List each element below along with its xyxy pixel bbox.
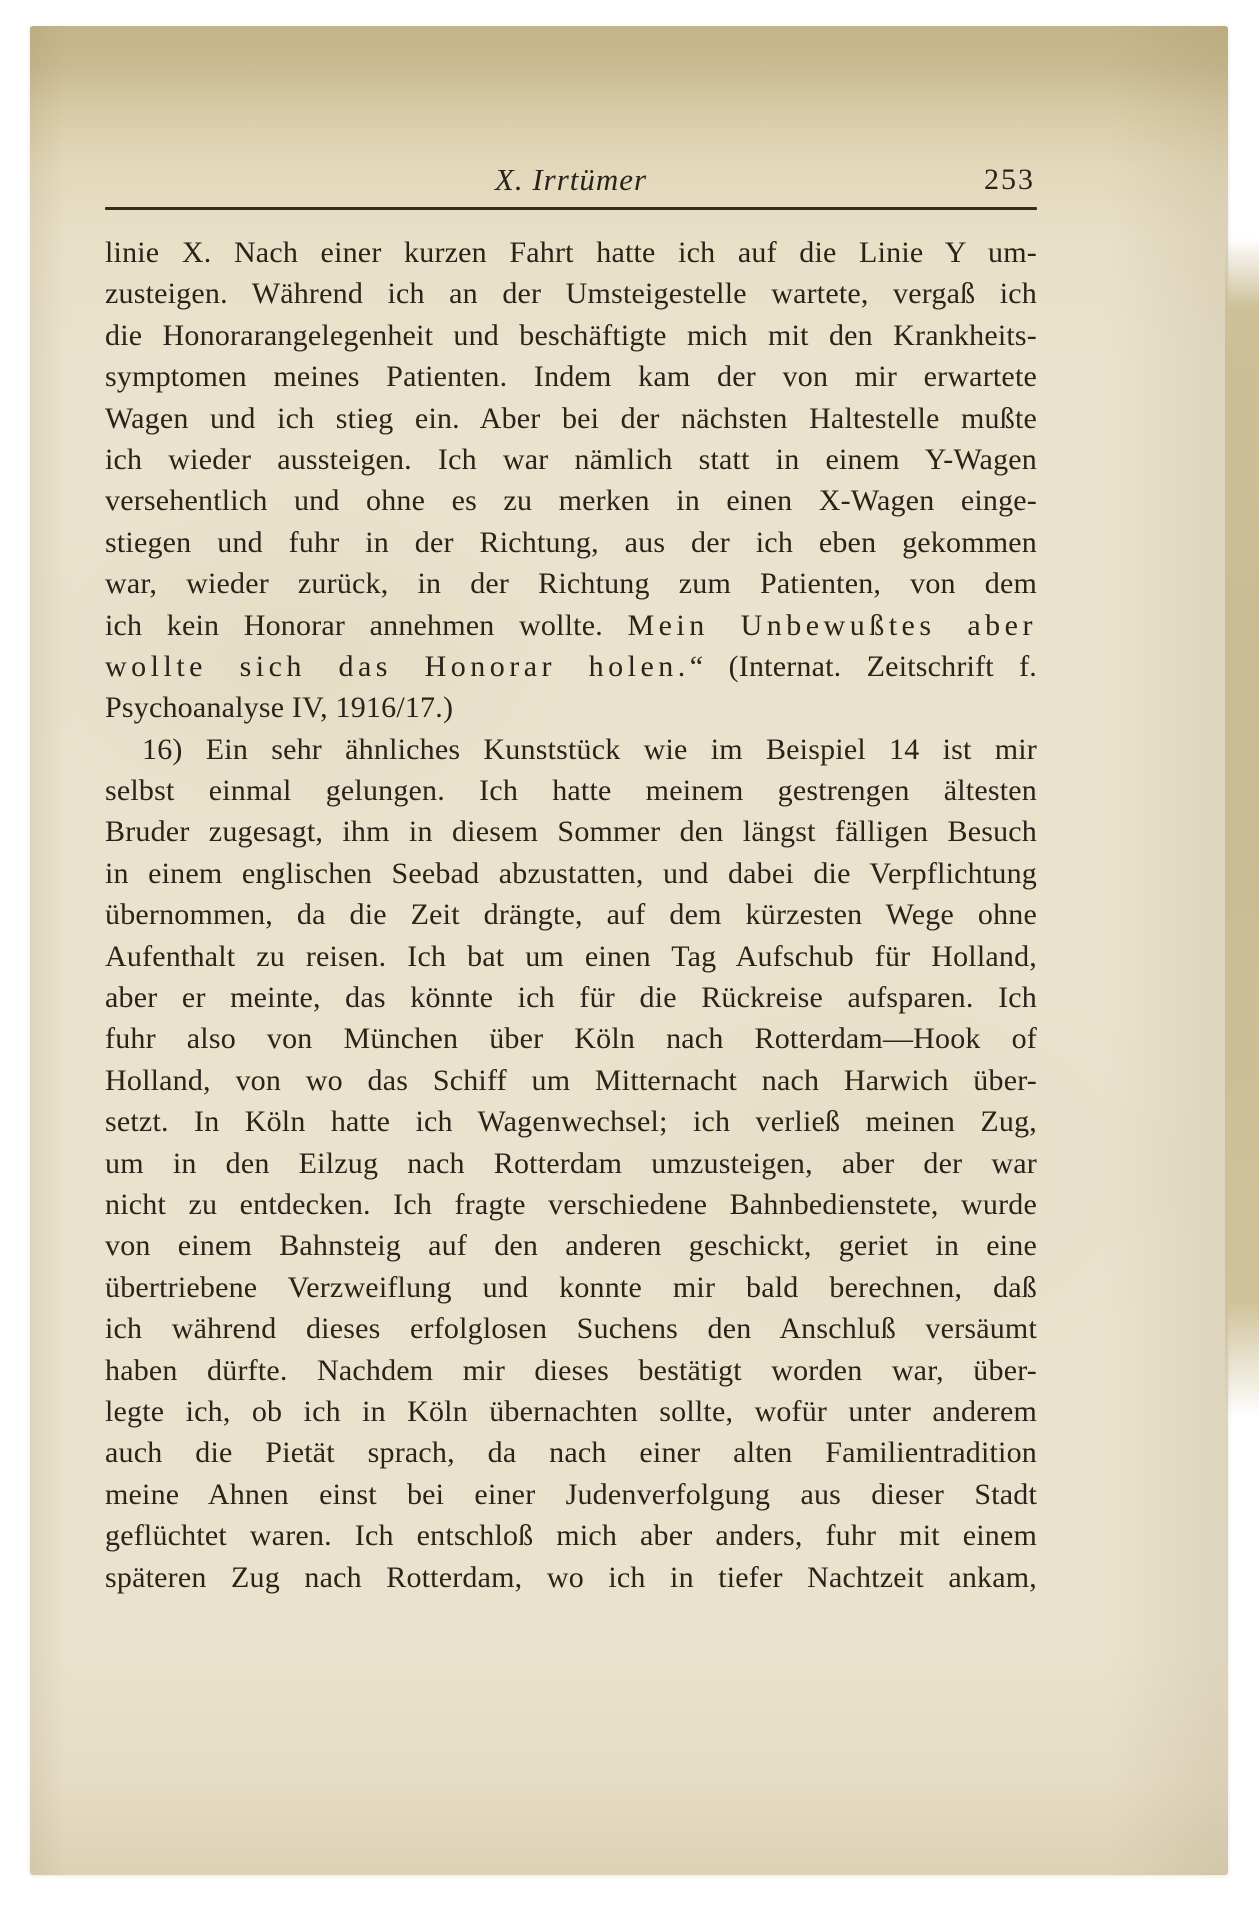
text-segment: in einem englischen Seebad abzustatten, … [105, 857, 1037, 890]
chapter-title: X. Irrtümer [105, 162, 1037, 198]
text-segment: von einem Bahnsteig auf den anderen gesc… [105, 1229, 1037, 1262]
text-segment: meine Ahnen einst bei einer Judenverfolg… [105, 1478, 1037, 1511]
text-segment: versehentlich und ohne es zu merken in e… [105, 484, 1037, 517]
text-line: übernommen, da die Zeit drängte, auf dem… [105, 894, 1037, 935]
text-line: zusteigen. Während ich an der Umsteigest… [105, 273, 1037, 314]
book-page-paper: X. Irrtümer 253 linie X. Nach einer kurz… [30, 26, 1228, 1875]
text-line: aber er meinte, das könnte ich für die R… [105, 977, 1037, 1018]
text-segment: 16) Ein sehr ähnliches Kunststück wie im… [142, 733, 1037, 766]
text-segment: legte ich, ob ich in Köln übernachten so… [105, 1395, 1037, 1428]
text-line: Wagen und ich stieg ein. Aber bei der nä… [105, 398, 1037, 439]
text-line: die Honorarangelegenheit und beschäftigt… [105, 315, 1037, 356]
text-line: symptomen meines Patienten. Indem kam de… [105, 356, 1037, 397]
text-segment: ich kein Honorar annehmen wollte. [105, 609, 627, 642]
text-line: Psychoanalyse IV, 1916/17.) [105, 687, 1037, 728]
text-line: stiegen und fuhr in der Richtung, aus de… [105, 522, 1037, 563]
text-segment: ich wieder aussteigen. Ich war nämlich s… [105, 443, 1037, 476]
text-line: geflüchtet waren. Ich entschloß mich abe… [105, 1515, 1037, 1556]
text-line: Holland, von wo das Schiff um Mitternach… [105, 1060, 1037, 1101]
text-segment: fuhr also von München über Köln nach Rot… [105, 1022, 1037, 1055]
emphasized-spaced-text: wollte sich das Honorar holen. [105, 650, 690, 683]
text-line: auch die Pietät sprach, da nach einer al… [105, 1432, 1037, 1473]
text-segment: zusteigen. Während ich an der Umsteigest… [105, 277, 1037, 310]
page-number: 253 [984, 163, 1035, 197]
book-fore-edge [1225, 238, 1259, 1418]
text-line: meine Ahnen einst bei einer Judenverfolg… [105, 1474, 1037, 1515]
text-line: von einem Bahnsteig auf den anderen gesc… [105, 1225, 1037, 1266]
text-line: haben dürfte. Nachdem mir dieses bestäti… [105, 1350, 1037, 1391]
text-segment: selbst einmal gelungen. Ich hatte meinem… [105, 774, 1037, 807]
text-segment: Holland, von wo das Schiff um Mitternach… [105, 1064, 1037, 1097]
text-segment: nicht zu entdecken. Ich fragte verschied… [105, 1188, 1037, 1221]
text-segment: die Honorarangelegenheit und beschäftigt… [105, 319, 1037, 352]
text-line: ich wieder aussteigen. Ich war nämlich s… [105, 439, 1037, 480]
text-segment: übertriebene Verzweiflung und konnte mir… [105, 1271, 1037, 1304]
text-segment: um in den Eilzug nach Rotterdam umzustei… [105, 1147, 1037, 1180]
scanned-document-page: { "document": { "header": { "chapter_tit… [0, 0, 1259, 1908]
text-segment: aber er meinte, das könnte ich für die R… [105, 981, 1037, 1014]
text-line: versehentlich und ohne es zu merken in e… [105, 480, 1037, 521]
text-segment: setzt. In Köln hatte ich Wagenwechsel; i… [105, 1105, 1037, 1138]
body-text: linie X. Nach einer kurzen Fahrt hatte i… [105, 232, 1037, 1598]
text-line: übertriebene Verzweiflung und konnte mir… [105, 1267, 1037, 1308]
text-line: 16) Ein sehr ähnliches Kunststück wie im… [105, 729, 1037, 770]
text-segment: “ (Internat. Zeitschrift f. [690, 650, 1037, 683]
text-line: späteren Zug nach Rotterdam, wo ich in t… [105, 1557, 1037, 1598]
text-line: ich während dieses erfolglosen Suchens d… [105, 1308, 1037, 1349]
text-line: ich kein Honorar annehmen wollte. Mein U… [105, 605, 1037, 646]
text-segment: ich während dieses erfolglosen Suchens d… [105, 1312, 1037, 1345]
text-line: Aufenthalt zu reisen. Ich bat um einen T… [105, 936, 1037, 977]
text-segment: späteren Zug nach Rotterdam, wo ich in t… [105, 1561, 1037, 1594]
text-line: nicht zu entdecken. Ich fragte verschied… [105, 1184, 1037, 1225]
text-line: legte ich, ob ich in Köln übernachten so… [105, 1391, 1037, 1432]
text-line: fuhr also von München über Köln nach Rot… [105, 1018, 1037, 1059]
text-line: linie X. Nach einer kurzen Fahrt hatte i… [105, 232, 1037, 273]
text-segment: übernommen, da die Zeit drängte, auf dem… [105, 898, 1037, 931]
text-segment: linie X. Nach einer kurzen Fahrt hatte i… [105, 236, 1037, 269]
text-line: um in den Eilzug nach Rotterdam umzustei… [105, 1143, 1037, 1184]
header-rule [105, 207, 1037, 210]
text-segment: Psychoanalyse IV, 1916/17.) [105, 691, 453, 724]
text-line: Bruder zugesagt, ihm in diesem Sommer de… [105, 811, 1037, 852]
text-segment: Wagen und ich stieg ein. Aber bei der nä… [105, 402, 1037, 435]
text-segment: Aufenthalt zu reisen. Ich bat um einen T… [105, 940, 1037, 973]
text-line: war, wieder zurück, in der Richtung zum … [105, 563, 1037, 604]
text-line: in einem englischen Seebad abzustatten, … [105, 853, 1037, 894]
text-segment: war, wieder zurück, in der Richtung zum … [105, 567, 1037, 600]
text-line: setzt. In Köln hatte ich Wagenwechsel; i… [105, 1101, 1037, 1142]
text-segment: geflüchtet waren. Ich entschloß mich abe… [105, 1519, 1037, 1552]
text-segment: auch die Pietät sprach, da nach einer al… [105, 1436, 1037, 1469]
text-segment: symptomen meines Patienten. Indem kam de… [105, 360, 1037, 393]
text-line: wollte sich das Honorar holen.“ (Interna… [105, 646, 1037, 687]
running-header: X. Irrtümer 253 [105, 162, 1037, 204]
emphasized-spaced-text: Mein Unbewußtes aber [627, 609, 1037, 642]
text-line: selbst einmal gelungen. Ich hatte meinem… [105, 770, 1037, 811]
text-segment: haben dürfte. Nachdem mir dieses bestäti… [105, 1354, 1037, 1387]
text-segment: Bruder zugesagt, ihm in diesem Sommer de… [105, 815, 1037, 848]
text-segment: stiegen und fuhr in der Richtung, aus de… [105, 526, 1037, 559]
